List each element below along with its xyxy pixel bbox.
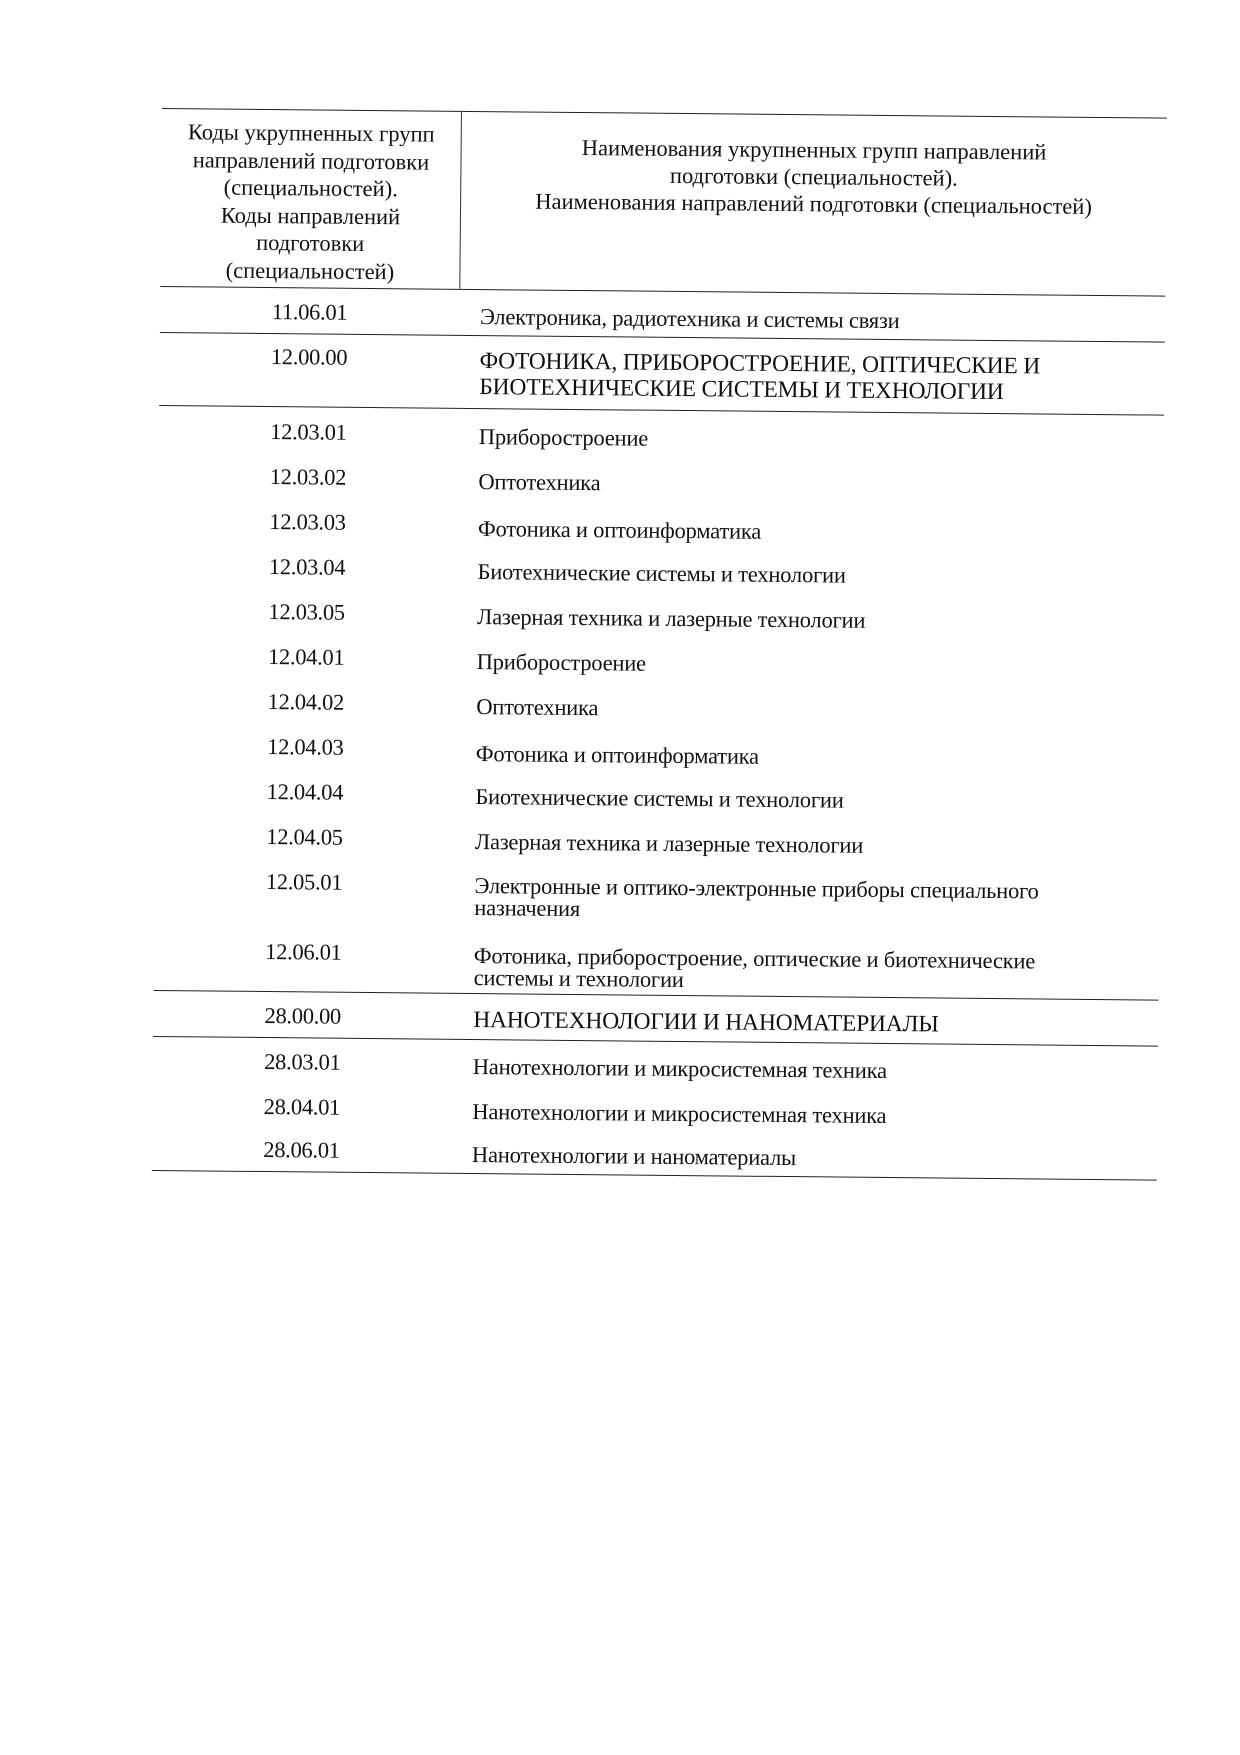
row-code: 12.04.03 <box>156 733 455 762</box>
row-code: 12.03.02 <box>158 463 457 492</box>
table-row: 12.04.02 Оптотехника <box>156 688 1161 698</box>
row-name: Оптотехника <box>478 470 1128 500</box>
table-row: 12.03.05 Лазерная техника и лазерные тех… <box>157 598 1162 608</box>
row-name: Лазерная техника и лазерные технологии <box>477 605 1127 635</box>
row-code: 12.05.01 <box>154 868 453 897</box>
row-code: 28.00.00 <box>153 1002 452 1031</box>
row-name: Нанотехнологии и микросистемная техника <box>473 1055 1123 1085</box>
row-name: Нанотехнологии и микросистемная техника <box>472 1100 1122 1130</box>
table-row: 12.04.03 Фотоника и оптоинформатика <box>156 733 1161 743</box>
header-codes-line: Коды направлений <box>161 200 460 230</box>
header-codes-line: Коды укрупненных групп <box>162 118 461 148</box>
row-code: 12.04.05 <box>155 823 454 852</box>
header-codes-line: направлений подготовки <box>161 145 460 175</box>
header-codes-line: (специальностей). <box>161 173 460 203</box>
table-row: 12.03.01 Приборостроение <box>159 418 1164 428</box>
table-row: 28.04.01 Нанотехнологии и микросистемная… <box>153 1093 1158 1103</box>
row-name: Приборостроение <box>477 650 1127 680</box>
table-row: 12.03.03 Фотоника и оптоинформатика <box>158 508 1163 518</box>
row-name: Электронные и оптико-электронные приборы… <box>474 875 1074 925</box>
row-name: Фотоника, приборостроение, оптические и … <box>474 945 1074 995</box>
table-row-group: 12.00.00 ФОТОНИКА, ПРИБОРОСТРОЕНИЕ, ОПТИ… <box>160 343 1165 353</box>
table-row: 12.06.01 Фотоника, приборостроение, опти… <box>154 938 1159 948</box>
row-code: 12.04.01 <box>157 643 456 672</box>
row-name: Фотоника и оптоинформатика <box>476 742 1126 772</box>
row-code: 12.06.01 <box>154 938 453 967</box>
row-code: 12.03.04 <box>157 553 456 582</box>
table-row: 12.05.01 Электронные и оптико-электронны… <box>155 868 1160 878</box>
row-code: 12.00.00 <box>159 343 458 372</box>
table-row-group: 28.00.00 НАНОТЕХНОЛОГИИ И НАНОМАТЕРИАЛЫ <box>153 1002 1158 1012</box>
header-names-column: Наименования укрупненных групп направлен… <box>461 133 1167 221</box>
header-names-line: Наименования направлений подготовки (спе… <box>461 187 1166 221</box>
table-top-rule <box>162 108 1167 119</box>
row-code: 12.04.04 <box>155 778 454 807</box>
row-code: 28.06.01 <box>152 1136 451 1165</box>
specialties-table: Коды укрупненных групп направлений подго… <box>162 108 1167 118</box>
row-code: 12.03.05 <box>157 598 456 627</box>
table-row: 12.04.05 Лазерная техника и лазерные тех… <box>155 823 1160 833</box>
table-row: 11.06.01 Электроника, радиотехника и сис… <box>160 298 1165 308</box>
row-name: Нанотехнологии и наноматериалы <box>472 1143 1122 1173</box>
row-name: Биотехнические системы и технологии <box>475 785 1125 815</box>
table-row: 12.03.02 Оптотехника <box>159 463 1164 473</box>
row-code: 12.03.01 <box>159 418 458 447</box>
header-codes-column: Коды укрупненных групп направлений подго… <box>160 118 461 286</box>
row-name: Биотехнические системы и технологии <box>477 560 1127 590</box>
row-name: Лазерная техника и лазерные технологии <box>475 830 1125 860</box>
header-codes-line: (специальностей) <box>160 255 459 285</box>
row-name: НАНОТЕХНОЛОГИИ И НАНОМАТЕРИАЛЫ <box>473 1007 1123 1039</box>
row-name: ФОТОНИКА, ПРИБОРОСТРОЕНИЕ, ОПТИЧЕСКИЕ И … <box>479 348 1059 406</box>
header-bottom-rule <box>160 286 1165 297</box>
row-rule <box>159 405 1164 416</box>
table-row: 12.03.04 Биотехнические системы и технол… <box>158 553 1163 563</box>
header-codes-line: подготовки <box>161 228 460 258</box>
row-code: 11.06.01 <box>160 298 459 327</box>
row-code: 12.04.02 <box>156 688 455 717</box>
row-name: Оптотехника <box>476 695 1126 725</box>
row-code: 28.03.01 <box>153 1048 452 1077</box>
table-row: 12.04.01 Приборостроение <box>157 643 1162 653</box>
table-row: 28.03.01 Нанотехнологии и микросистемная… <box>153 1048 1158 1058</box>
document-page: Коды укрупненных групп направлений подго… <box>0 0 1240 1755</box>
row-name: Электроника, радиотехника и системы связ… <box>480 305 1130 335</box>
table-row: 12.04.04 Биотехнические системы и технол… <box>156 778 1161 788</box>
row-name: Фотоника и оптоинформатика <box>478 517 1128 547</box>
row-name: Приборостроение <box>479 425 1129 455</box>
table-row: 28.06.01 Нанотехнологии и наноматериалы <box>152 1136 1157 1146</box>
row-code: 28.04.01 <box>152 1093 451 1122</box>
row-code: 12.03.03 <box>158 508 457 537</box>
